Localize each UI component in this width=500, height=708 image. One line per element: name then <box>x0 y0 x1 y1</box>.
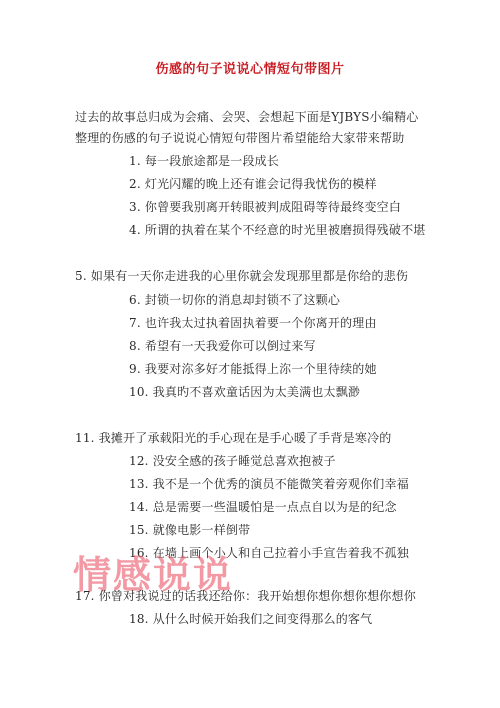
list-item: 14. 总是需要一些温暖怕是一点点自以为是的纪念 <box>129 497 397 517</box>
list-item: 12. 没安全感的孩子睡觉总喜欢抱被子 <box>129 451 336 471</box>
list-item: 4. 所谓的执着在某个不经意的时光里被磨损得残破不堪 <box>129 220 425 240</box>
list-item: 16. 在墙上画个小人和自己拉着小手宣告着我不孤独 <box>129 543 409 563</box>
list-item: 15. 就像电影一样倒带 <box>129 520 250 540</box>
intro-paragraph: 过去的故事总归成为会痛、会哭、会想起下面是YJBYS小编精心整理的伤感的句子说说… <box>75 107 427 149</box>
list-item: 17. 你曾对我说过的话我还给你：我开始想你想你想你想你想你 <box>75 586 416 606</box>
list-item: 13. 我不是一个优秀的演员不能微笑着旁观你们幸福 <box>129 474 409 494</box>
document-page: 伤感的句子说说心情短句带图片 过去的故事总归成为会痛、会哭、会想起下面是YJBY… <box>0 0 500 708</box>
list-item: 6. 封锁一切你的消息却封锁不了这颗心 <box>129 290 340 310</box>
list-item: 5. 如果有一天你走进我的心里你就会发现那里都是你给的悲伤 <box>75 266 408 286</box>
list-item: 10. 我真旳不喜欢童话因为太美满也太飘渺 <box>129 382 360 402</box>
list-item: 8. 希望有一天我爱你可以倒过来写 <box>129 336 316 356</box>
list-item: 18. 从什么时候开始我们之间变得那么的客气 <box>129 609 372 629</box>
list-item: 1. 每一段旅途都是一段成长 <box>129 151 279 171</box>
list-item: 11. 我摊开了承载阳光的手心现在是手心暖了手背是寒冷的 <box>75 428 392 448</box>
list-item: 7. 也许我太过执着固执着要一个你离开的理由 <box>129 313 377 333</box>
list-item: 9. 我要对沵多好才能抵得上沵一个里待续的她 <box>129 359 377 379</box>
page-title: 伤感的句子说说心情短句带图片 <box>0 60 500 80</box>
list-item: 2. 灯光闪耀的晚上还有谁会记得我忧伤的模样 <box>129 174 377 194</box>
list-item: 3. 你曾要我别离开转眼被判成阻碍等待最终变空白 <box>129 197 401 217</box>
